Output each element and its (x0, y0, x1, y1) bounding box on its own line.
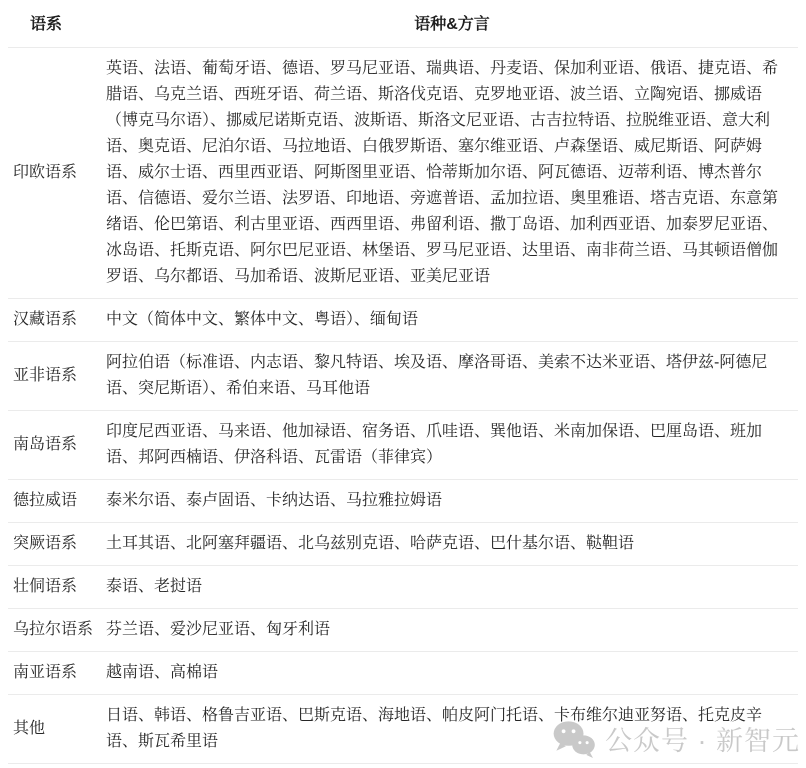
languages-cell: 泰米尔语、泰卢固语、卡纳达语、马拉雅拉姆语 (106, 480, 798, 523)
family-cell: 亚非语系 (8, 342, 106, 411)
table-row: 南岛语系印度尼西亚语、马来语、他加禄语、宿务语、爪哇语、巽他语、米南加保语、巴厘… (8, 411, 798, 480)
family-cell: 突厥语系 (8, 523, 106, 566)
languages-cell: 阿拉伯语（标准语、内志语、黎凡特语、埃及语、摩洛哥语、美索不达米亚语、塔伊兹-阿… (106, 342, 798, 411)
family-cell: 印欧语系 (8, 48, 106, 299)
family-cell: 其他 (8, 695, 106, 764)
languages-cell: 日语、韩语、格鲁吉亚语、巴斯克语、海地语、帕皮阿门托语、卡布维尔迪亚努语、托克皮… (106, 695, 798, 764)
languages-cell: 中文（简体中文、繁体中文、粤语）、缅甸语 (106, 299, 798, 342)
header-row: 语系 语种&方言 (8, 0, 798, 48)
table-header: 语系 语种&方言 (8, 0, 798, 48)
table-row: 其他日语、韩语、格鲁吉亚语、巴斯克语、海地语、帕皮阿门托语、卡布维尔迪亚努语、托… (8, 695, 798, 764)
header-languages: 语种&方言 (106, 0, 798, 48)
table-row: 乌拉尔语系芬兰语、爱沙尼亚语、匈牙利语 (8, 609, 798, 652)
family-cell: 南亚语系 (8, 652, 106, 695)
table-row: 突厥语系土耳其语、北阿塞拜疆语、北乌兹别克语、哈萨克语、巴什基尔语、鞑靼语 (8, 523, 798, 566)
family-cell: 德拉威语 (8, 480, 106, 523)
table-row: 壮侗语系泰语、老挝语 (8, 566, 798, 609)
languages-cell: 越南语、高棉语 (106, 652, 798, 695)
table-body: 印欧语系英语、法语、葡萄牙语、德语、罗马尼亚语、瑞典语、丹麦语、保加利亚语、俄语… (8, 48, 798, 764)
header-family: 语系 (8, 0, 106, 48)
languages-cell: 泰语、老挝语 (106, 566, 798, 609)
table-row: 亚非语系阿拉伯语（标准语、内志语、黎凡特语、埃及语、摩洛哥语、美索不达米亚语、塔… (8, 342, 798, 411)
family-cell: 汉藏语系 (8, 299, 106, 342)
family-cell: 壮侗语系 (8, 566, 106, 609)
languages-cell: 英语、法语、葡萄牙语、德语、罗马尼亚语、瑞典语、丹麦语、保加利亚语、俄语、捷克语… (106, 48, 798, 299)
languages-cell: 芬兰语、爱沙尼亚语、匈牙利语 (106, 609, 798, 652)
table-row: 南亚语系越南语、高棉语 (8, 652, 798, 695)
table-row: 印欧语系英语、法语、葡萄牙语、德语、罗马尼亚语、瑞典语、丹麦语、保加利亚语、俄语… (8, 48, 798, 299)
family-cell: 南岛语系 (8, 411, 106, 480)
page: 语系 语种&方言 印欧语系英语、法语、葡萄牙语、德语、罗马尼亚语、瑞典语、丹麦语… (0, 0, 806, 768)
language-family-table: 语系 语种&方言 印欧语系英语、法语、葡萄牙语、德语、罗马尼亚语、瑞典语、丹麦语… (8, 0, 798, 764)
languages-cell: 土耳其语、北阿塞拜疆语、北乌兹别克语、哈萨克语、巴什基尔语、鞑靼语 (106, 523, 798, 566)
family-cell: 乌拉尔语系 (8, 609, 106, 652)
languages-cell: 印度尼西亚语、马来语、他加禄语、宿务语、爪哇语、巽他语、米南加保语、巴厘岛语、班… (106, 411, 798, 480)
table-row: 汉藏语系中文（简体中文、繁体中文、粤语）、缅甸语 (8, 299, 798, 342)
table-row: 德拉威语泰米尔语、泰卢固语、卡纳达语、马拉雅拉姆语 (8, 480, 798, 523)
